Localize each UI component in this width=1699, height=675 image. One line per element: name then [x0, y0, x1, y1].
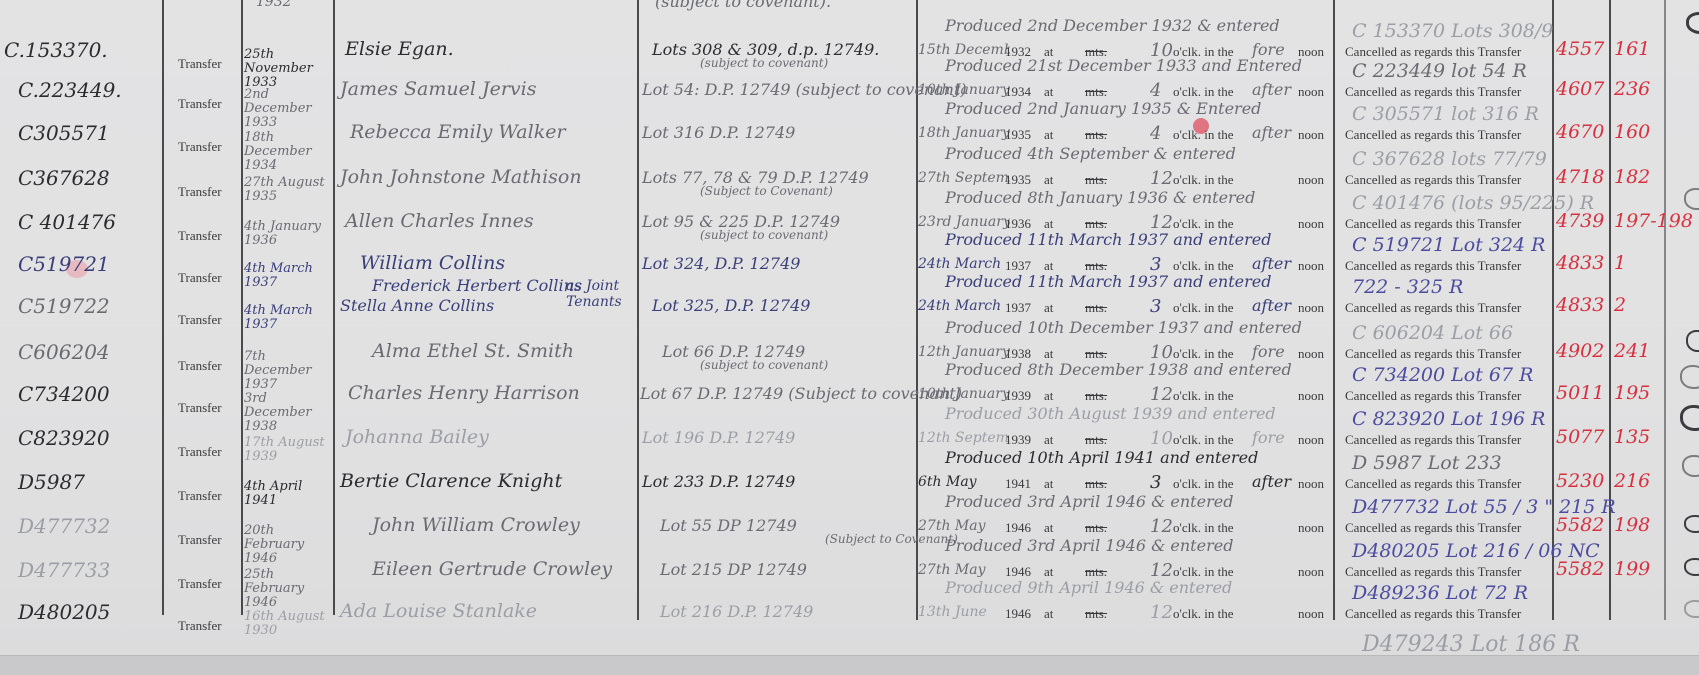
entered-year: 1946: [1005, 606, 1031, 622]
lot-covenant-note: (Subject to Covenant): [825, 532, 958, 546]
cancelled-label: Cancelled as regards this Transfer: [1345, 346, 1521, 362]
cancelled-label: Cancelled as regards this Transfer: [1345, 84, 1521, 100]
certificate-number: D480205: [18, 600, 110, 624]
noon-label: noon: [1298, 258, 1324, 274]
entered-day: 12th September: [918, 430, 1010, 446]
lot-description: Lot 325, D.P. 12749: [652, 296, 810, 315]
cancellation-note: C 606204 Lot 66: [1352, 322, 1513, 344]
oclock-label: o'clk. in the: [1173, 432, 1233, 448]
folio-number: 4902: [1556, 340, 1604, 362]
folio-number-2: 182: [1614, 166, 1650, 188]
entered-day: 12th January: [918, 344, 1010, 360]
column-rule: [333, 0, 335, 615]
instrument-type: Transfer: [178, 488, 222, 504]
hour-value: 12: [1150, 602, 1173, 623]
cancelled-label: Cancelled as regards this Transfer: [1345, 388, 1521, 404]
entered-year: 1934: [1005, 84, 1031, 100]
oclock-label: o'clk. in the: [1173, 476, 1233, 492]
folio-number-2: 236: [1614, 78, 1650, 100]
transfer-date: 3rd December 1938: [244, 392, 332, 434]
lot-description: Lot 67 D.P. 12749 (Subject to covenant): [640, 384, 962, 403]
transfer-date: 20th February 1946: [244, 524, 332, 566]
folio-number-2: 199: [1614, 558, 1650, 580]
entered-year: 1939: [1005, 388, 1031, 404]
folio-number: 4833: [1556, 252, 1604, 274]
noon-label: noon: [1298, 84, 1324, 100]
column-rule: [241, 0, 243, 615]
produced-entry: Produced 30th August 1939 and entered: [945, 404, 1276, 423]
margin-seal-mark: [1686, 12, 1699, 34]
lot-description: Lot 196 D.P. 12749: [642, 428, 795, 447]
column-rule: [637, 0, 639, 620]
register-page: 1932 (subject to covenant). C.153370.Tra…: [0, 0, 1699, 660]
oclock-label: o'clk. in the: [1173, 520, 1233, 536]
oclock-label: o'clk. in the: [1173, 84, 1233, 100]
produced-entry: Produced 2nd December 1932 & entered: [945, 16, 1280, 35]
produced-entry: Produced 2nd January 1935 & Entered: [945, 99, 1261, 118]
certificate-number: C734200: [18, 382, 110, 406]
folio-number-2: 216: [1614, 470, 1650, 492]
certificate-number: C305571: [18, 121, 110, 145]
noon-label: noon: [1298, 127, 1324, 143]
entered-day: 6th May: [918, 474, 1010, 490]
produced-entry: Produced 10th December 1937 and entered: [945, 318, 1302, 337]
certificate-number: C.153370.: [4, 38, 108, 62]
noon-label: noon: [1298, 388, 1324, 404]
instrument-type: Transfer: [178, 400, 222, 416]
cutoff-lot-note: (subject to covenant).: [655, 0, 831, 11]
instrument-type: Transfer: [178, 184, 222, 200]
instrument-type: Transfer: [178, 576, 222, 592]
produced-entry: Produced 11th March 1937 and entered: [945, 272, 1271, 291]
transferee-name: Eileen Gertrude Crowley: [372, 558, 612, 580]
entered-day: 27th May: [918, 518, 1010, 534]
cancelled-label: Cancelled as regards this Transfer: [1345, 216, 1521, 232]
transferee-name: Ada Louise Stanlake: [340, 600, 537, 622]
at-label: at: [1044, 432, 1053, 448]
instrument-type: Transfer: [178, 358, 222, 374]
column-rule: [1552, 0, 1554, 620]
noon-label: noon: [1298, 172, 1324, 188]
folio-number-2: 1: [1614, 252, 1626, 274]
instrument-type: Transfer: [178, 312, 222, 328]
hour-value: 10: [1150, 428, 1173, 449]
cancellation-note: C 367628 lots 77/79: [1352, 148, 1547, 170]
cancellation-note: C 823920 Lot 196 R: [1352, 408, 1546, 430]
transferee-name: Bertie Clarence Knight: [340, 470, 562, 492]
entered-year: 1937: [1005, 300, 1031, 316]
minutes-label: mts.: [1085, 520, 1107, 536]
transfer-date: 16th August 1930: [244, 610, 332, 638]
transferee-name: Johanna Bailey: [345, 426, 489, 448]
cancelled-label: Cancelled as regards this Transfer: [1345, 564, 1521, 580]
hour-value: 4: [1150, 80, 1161, 101]
produced-entry: Produced 8th December 1938 and entered: [945, 360, 1292, 379]
folio-number-2: 160: [1614, 121, 1650, 143]
lot-description: Lot 216 D.P. 12749: [660, 602, 813, 621]
folio-number: 4607: [1556, 78, 1604, 100]
transferee-name-2: Stella Anne Collins: [340, 296, 494, 315]
produced-entry: Produced 11th March 1937 and entered: [945, 230, 1271, 249]
oclock-label: o'clk. in the: [1173, 300, 1233, 316]
cancelled-label: Cancelled as regards this Transfer: [1345, 258, 1521, 274]
folio-number: 5077: [1556, 426, 1604, 448]
cancelled-label: Cancelled as regards this Transfer: [1345, 300, 1521, 316]
am-pm-value: fore: [1252, 428, 1285, 447]
cancellation-note: C 305571 lot 316 R: [1352, 103, 1539, 125]
oclock-label: o'clk. in the: [1173, 606, 1233, 622]
certificate-number: D5987: [18, 470, 85, 494]
lot-covenant-note: (Subject to Covenant): [700, 184, 833, 198]
cancellation-note: C 519721 Lot 324 R: [1352, 234, 1546, 256]
oclock-label: o'clk. in the: [1173, 388, 1233, 404]
am-pm-value: after: [1252, 296, 1291, 315]
am-pm-value: after: [1252, 254, 1291, 273]
transferee-name: John Johnstone Mathison: [340, 166, 582, 188]
certificate-number: C823920: [18, 426, 110, 450]
instrument-type: Transfer: [178, 270, 222, 286]
margin-seal-mark: [1680, 365, 1699, 389]
cancelled-label: Cancelled as regards this Transfer: [1345, 127, 1521, 143]
margin-seal-mark: [1684, 600, 1699, 618]
cancellation-note: C 223449 lot 54 R: [1352, 60, 1527, 82]
entered-year: 1946: [1005, 520, 1031, 536]
certificate-number: C.223449.: [18, 78, 122, 102]
cancelled-label: Cancelled as regards this Transfer: [1345, 172, 1521, 188]
produced-entry: Produced 3rd April 1946 & entered: [945, 492, 1233, 511]
entered-year: 1941: [1005, 476, 1031, 492]
minutes-label: mts.: [1085, 127, 1107, 143]
transfer-date: 25th February 1946: [244, 568, 332, 610]
page-bottom-edge: [0, 655, 1699, 675]
am-pm-value: after: [1252, 80, 1291, 99]
entered-day: 27th May: [918, 562, 1010, 578]
folio-number-2: 2: [1614, 294, 1626, 316]
instrument-type: Transfer: [178, 618, 222, 634]
transferee-name: William Collins: [360, 252, 505, 274]
lot-covenant-note: (subject to covenant): [700, 56, 828, 70]
entered-day: 27th September: [918, 170, 1010, 186]
folio-number-2: 195: [1614, 382, 1650, 404]
transfer-date: 17th August 1939: [244, 436, 332, 464]
column-rule: [1609, 0, 1611, 620]
cancelled-label: Cancelled as regards this Transfer: [1345, 432, 1521, 448]
noon-label: noon: [1298, 300, 1324, 316]
lot-description: Lot 233 D.P. 12749: [642, 472, 795, 491]
at-label: at: [1044, 84, 1053, 100]
produced-entry: Produced 10th April 1941 and entered: [945, 448, 1258, 467]
produced-entry: Produced 4th September & entered: [945, 144, 1236, 163]
folio-number: 4670: [1556, 121, 1604, 143]
transferee-name: John William Crowley: [372, 514, 580, 536]
transfer-date: 4th January 1936: [244, 220, 332, 248]
margin-seal-mark: [1684, 188, 1699, 210]
minutes-label: mts.: [1085, 476, 1107, 492]
cutoff-year: 1932: [256, 0, 292, 10]
folio-number-2: 241: [1614, 340, 1650, 362]
folio-number-2: 135: [1614, 426, 1650, 448]
at-label: at: [1044, 127, 1053, 143]
transfer-date: 7th December 1937: [244, 350, 332, 392]
instrument-type: Transfer: [178, 532, 222, 548]
at-label: at: [1044, 300, 1053, 316]
hour-value: 3: [1150, 296, 1161, 317]
noon-label: noon: [1298, 216, 1324, 232]
instrument-type: Transfer: [178, 96, 222, 112]
noon-label: noon: [1298, 606, 1324, 622]
footer-cancel-note: D479243 Lot 186 R: [1362, 632, 1580, 657]
am-pm-value: fore: [1252, 342, 1285, 361]
cancellation-note: C 734200 Lot 67 R: [1352, 364, 1533, 386]
folio-number: 5582: [1556, 514, 1604, 536]
transferee-name: Charles Henry Harrison: [348, 382, 580, 404]
cancellation-note: C 153370 Lots 308/9: [1352, 20, 1553, 42]
transferee-name: Alma Ethel St. Smith: [372, 340, 574, 362]
margin-seal-mark: [1680, 405, 1699, 431]
transfer-date: 25th November 1933: [244, 48, 332, 90]
minutes-label: mts.: [1085, 388, 1107, 404]
entered-day: 10th January: [918, 82, 1010, 98]
margin-seal-mark: [1682, 455, 1699, 477]
transferee-name: Elsie Egan.: [345, 38, 454, 60]
minutes-label: mts.: [1085, 432, 1107, 448]
folio-number: 4557: [1556, 38, 1604, 60]
entered-day: 18th January: [918, 125, 1010, 141]
produced-entry: Produced 21st December 1933 and Entered: [945, 56, 1302, 75]
certificate-number: C519722: [18, 294, 110, 318]
folio-number-2: 197-198: [1614, 210, 1693, 232]
entered-day: 24th March: [918, 298, 1010, 314]
column-rule: [162, 0, 164, 615]
noon-label: noon: [1298, 476, 1324, 492]
produced-entry: Produced 8th January 1936 & entered: [945, 188, 1255, 207]
lot-description: Lot 324, D.P. 12749: [642, 254, 800, 273]
minutes-label: mts.: [1085, 84, 1107, 100]
produced-entry: Produced 9th April 1946 & entered: [945, 578, 1232, 597]
oclock-label: o'clk. in the: [1173, 127, 1233, 143]
certificate-number: D477732: [18, 514, 110, 538]
instrument-type: Transfer: [178, 139, 222, 155]
instrument-type: Transfer: [178, 228, 222, 244]
entered-day: 23rd January: [918, 214, 1010, 230]
folio-number-2: 198: [1614, 514, 1650, 536]
entered-day: 10th January: [918, 386, 1010, 402]
lot-covenant-note: (subject to covenant): [700, 228, 828, 242]
certificate-number: D477733: [18, 558, 110, 582]
cancellation-note: D489236 Lot 72 R: [1352, 582, 1528, 604]
minutes-label: mts.: [1085, 606, 1107, 622]
margin-seal-mark: [1686, 330, 1699, 352]
folio-number: 4718: [1556, 166, 1604, 188]
certificate-number: C519721: [18, 252, 110, 276]
am-pm-value: after: [1252, 472, 1291, 491]
am-pm-value: after: [1252, 123, 1291, 142]
hour-value: 12: [1150, 384, 1173, 405]
lot-description: Lot 215 DP 12749: [660, 560, 807, 579]
noon-label: noon: [1298, 520, 1324, 536]
transfer-date: 27th August 1935: [244, 176, 332, 204]
at-label: at: [1044, 520, 1053, 536]
lot-description: Lot 55 DP 12749: [660, 516, 797, 535]
instrument-type: Transfer: [178, 56, 222, 72]
column-rule: [1333, 0, 1335, 620]
certificate-number: C367628: [18, 166, 110, 190]
lot-description: Lot 316 D.P. 12749: [642, 123, 795, 142]
margin-seal-mark: [1684, 558, 1699, 576]
column-rule: [1664, 0, 1666, 620]
folio-number: 5582: [1556, 558, 1604, 580]
noon-label: noon: [1298, 346, 1324, 362]
transfer-date: 4th March 1937: [244, 262, 332, 290]
produced-entry: Produced 3rd April 1946 & entered: [945, 536, 1233, 555]
transfer-date: 2nd December 1933: [244, 88, 332, 130]
at-label: at: [1044, 172, 1053, 188]
margin-seal-mark: [1684, 515, 1699, 533]
certificate-number: C 401476: [18, 210, 116, 234]
transferee-name: Allen Charles Innes: [345, 210, 534, 232]
folio-number: 5011: [1556, 382, 1604, 404]
transferee-name: James Samuel Jervis: [340, 78, 536, 100]
at-label: at: [1044, 388, 1053, 404]
transferee-name: Frederick Herbert Collins: [372, 276, 582, 295]
certificate-number: C606204: [18, 340, 110, 364]
entered-day: 24th March: [918, 256, 1010, 272]
hour-value: 12: [1150, 516, 1173, 537]
cancellation-note: 722 - 325 R: [1352, 276, 1463, 298]
cancelled-label: Cancelled as regards this Transfer: [1345, 606, 1521, 622]
oclock-label: o'clk. in the: [1173, 172, 1233, 188]
transferee-name: Rebecca Emily Walker: [350, 121, 566, 143]
cancelled-label: Cancelled as regards this Transfer: [1345, 476, 1521, 492]
entered-year: 1935: [1005, 127, 1031, 143]
entered-day: 13th June: [918, 604, 1010, 620]
transfer-date: 18th December 1934: [244, 131, 332, 173]
entered-year: 1939: [1005, 432, 1031, 448]
at-label: at: [1044, 606, 1053, 622]
cancellation-note: D 5987 Lot 233: [1352, 452, 1502, 474]
cancelled-label: Cancelled as regards this Transfer: [1345, 520, 1521, 536]
at-label: at: [1044, 476, 1053, 492]
hour-value: 12: [1150, 168, 1173, 189]
entered-year: 1935: [1005, 172, 1031, 188]
cancelled-label: Cancelled as regards this Transfer: [1345, 44, 1521, 60]
hour-value: 3: [1150, 472, 1161, 493]
minutes-label: mts.: [1085, 300, 1107, 316]
lot-covenant-note: (subject to covenant): [700, 358, 828, 372]
noon-label: noon: [1298, 564, 1324, 580]
noon-label: noon: [1298, 432, 1324, 448]
instrument-type: Transfer: [178, 444, 222, 460]
folio-number: 4833: [1556, 294, 1604, 316]
joint-tenancy-note: as Joint Tenants: [566, 278, 636, 310]
folio-number: 4739: [1556, 210, 1604, 232]
minutes-label: mts.: [1085, 172, 1107, 188]
folio-number: 5230: [1556, 470, 1604, 492]
transfer-date: 4th April 1941: [244, 480, 332, 508]
folio-number-2: 161: [1614, 38, 1650, 60]
transfer-date: 4th March 1937: [244, 304, 332, 332]
hour-value: 4: [1150, 123, 1161, 144]
